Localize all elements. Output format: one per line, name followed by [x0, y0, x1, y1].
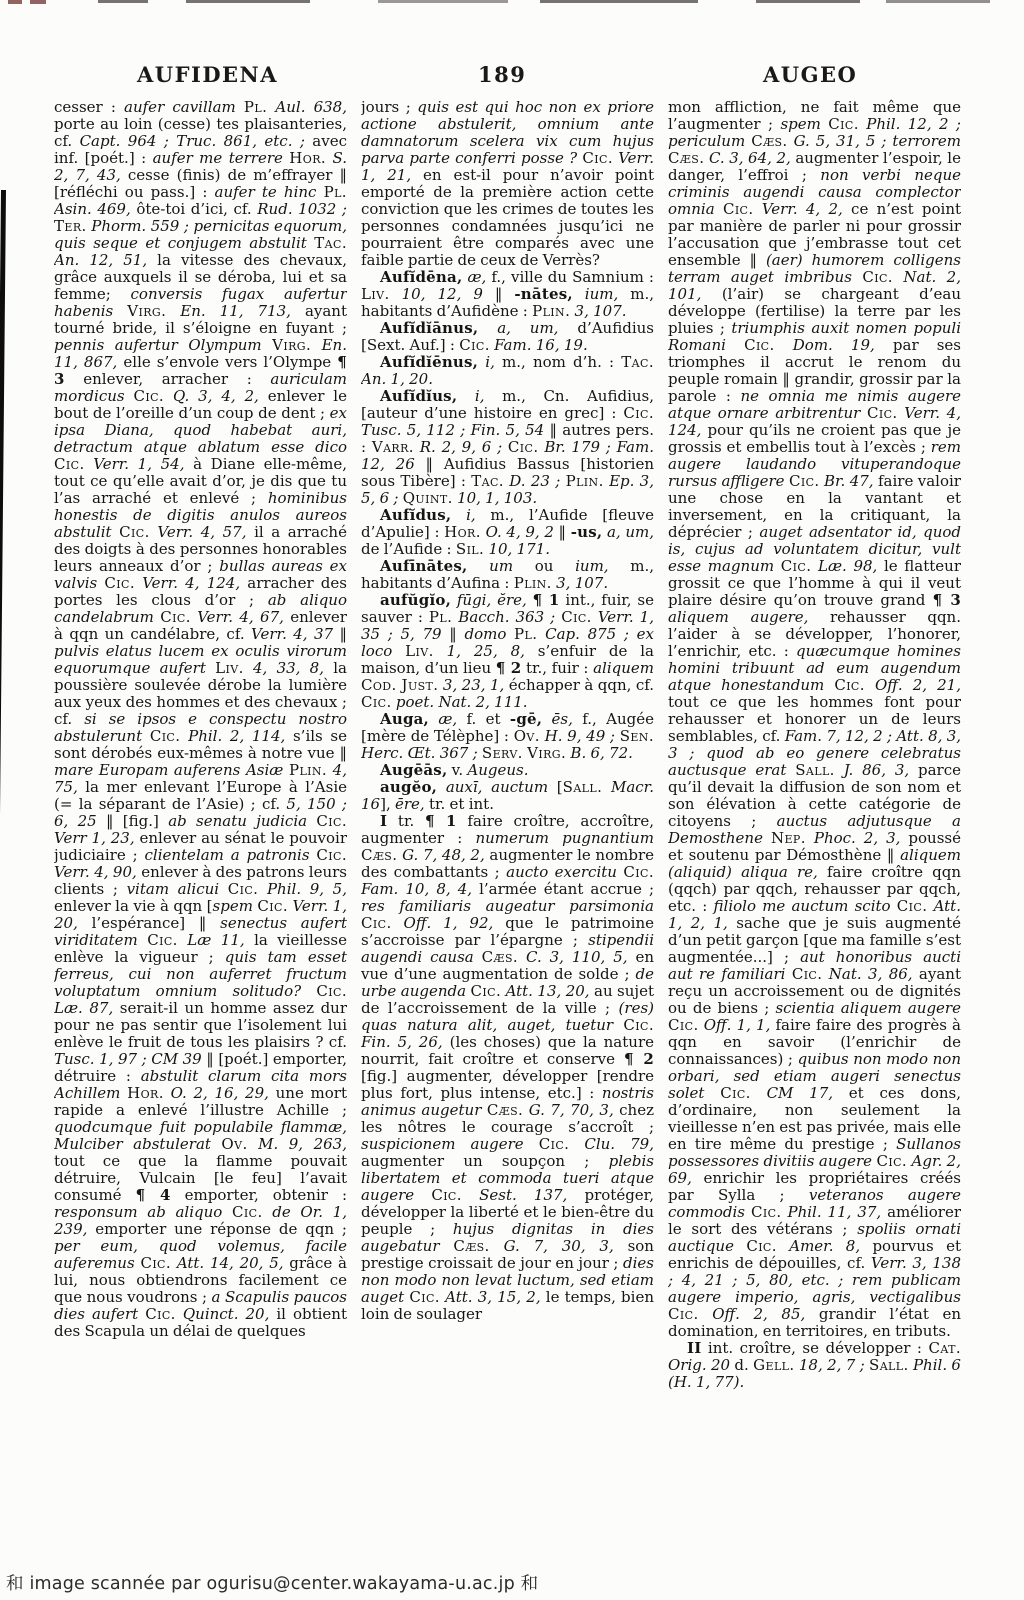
dictionary-paragraph: Aufīnātes, um ou ium, m., habitants d’Au… [361, 558, 654, 592]
scan-artifact-dash [186, 0, 310, 3]
dictionary-paragraph: aufŭgĭo, fūgi, ĕre, ¶ 1 int., fuir, se s… [361, 592, 654, 711]
dictionary-paragraph: Aufĭdĭānus, a, um, d’Aufidius [Sext. Auf… [361, 320, 654, 354]
scan-artifact-dash [30, 0, 46, 4]
text-column-3: mon affliction, ne fait même que l’augme… [668, 99, 961, 1561]
page-number: 189 [478, 62, 526, 87]
dictionary-paragraph: Aufĭdĭēnus, i, m., nom d’h. : Tac. An. 1… [361, 354, 654, 388]
dictionary-paragraph: mon affliction, ne fait même que l’augme… [668, 99, 961, 1340]
dictionary-paragraph: jours ; quis est qui hoc non ex priore a… [361, 99, 654, 269]
header-first-word: AUFIDENA [137, 62, 278, 87]
dictionary-paragraph: Augēās, v. Augeus. [361, 762, 654, 779]
dictionary-paragraph: II int. croître, se développer : Cat. Or… [668, 1340, 961, 1391]
dictionary-paragraph: I tr. ¶ 1 faire croître, accroître, augm… [361, 813, 654, 1323]
text-column-1: cesser : aufer cavillam Pl. Aul. 638, po… [54, 99, 347, 1561]
scan-artifact-dash [886, 0, 990, 3]
text-column-2: jours ; quis est qui hoc non ex priore a… [361, 99, 654, 1561]
running-head: AUFIDENA 189 AUGEO [0, 62, 1024, 92]
scan-artifact-dash [378, 0, 508, 3]
binding-shadow-line [0, 190, 6, 1578]
dictionary-paragraph: Aufĭdus, i, m., l’Aufide [fleuve d’Apuli… [361, 507, 654, 558]
scan-artifact-dash [540, 0, 698, 3]
dictionary-paragraph: Auga, æ, f. et -gē, ēs, f., Augée [mère … [361, 711, 654, 762]
scan-artifact-dash [756, 0, 860, 3]
scan-artifact-dash [8, 0, 22, 4]
dictionary-paragraph: Aufĭdĭus, i, m., Cn. Aufidius, [auteur d… [361, 388, 654, 507]
dictionary-text-columns: cesser : aufer cavillam Pl. Aul. 638, po… [54, 99, 961, 1561]
scanned-dictionary-page: AUFIDENA 189 AUGEO cesser : aufer cavill… [0, 0, 1024, 1600]
dictionary-paragraph: cesser : aufer cavillam Pl. Aul. 638, po… [54, 99, 347, 1340]
scan-artifact-dash [98, 0, 148, 3]
dictionary-paragraph: augĕo, auxī, auctum [Sall. Macr. 16], ēr… [361, 779, 654, 813]
header-last-word: AUGEO [763, 62, 857, 87]
footer-scan-credit: 和 image scannée par ogurisu@center.wakay… [6, 1570, 538, 1595]
dictionary-paragraph: Aufĭdēna, æ, f., ville du Samnium : Liv.… [361, 269, 654, 320]
